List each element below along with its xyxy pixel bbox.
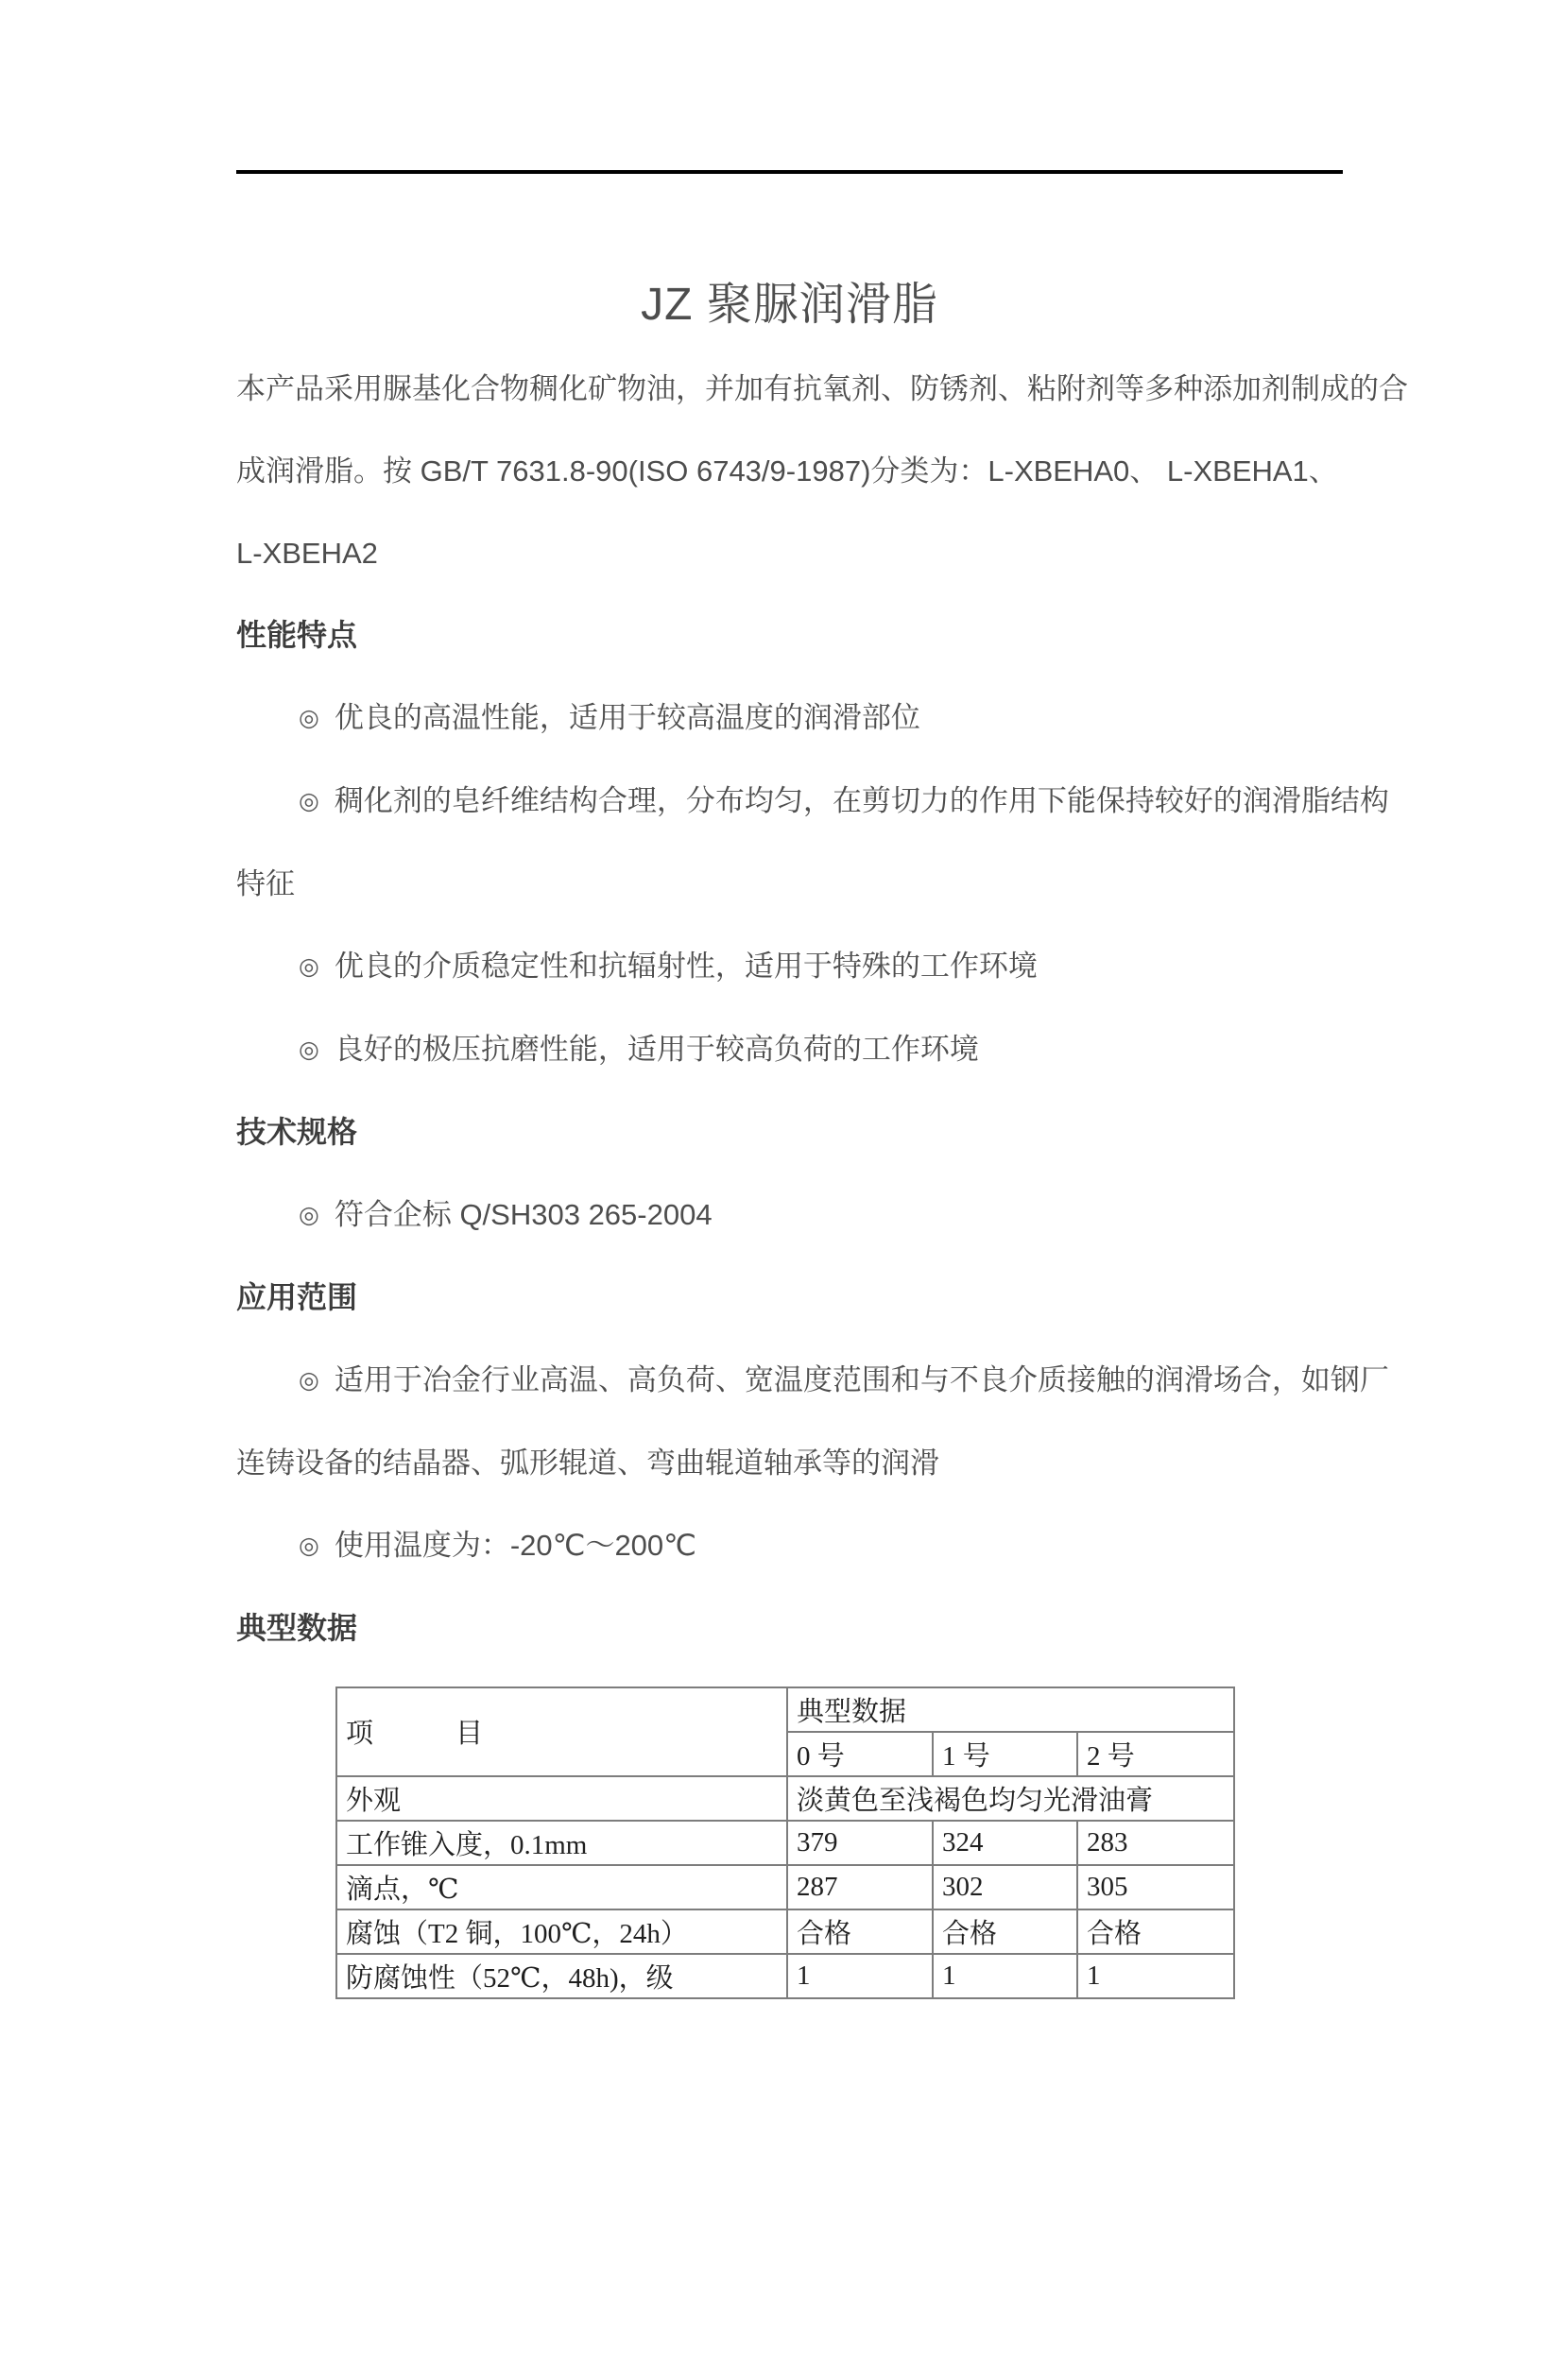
bullet-item: ◎适用于冶金行业高温、高负荷、宽温度范围和与不良介质接触的润滑场合，如钢厂 [236,1339,1343,1422]
bullet-text: 稠化剂的皂纤维结构合理，分布均匀，在剪切力的作用下能保持较好的润滑脂结构 [335,784,1389,817]
section-heading: 技术规格 [236,1091,1343,1173]
section-performance: 性能特点 ◎优良的高温性能，适用于较高温度的润滑部位 ◎稠化剂的皂纤维结构合理，… [236,594,1343,1091]
intro-line: 本产品采用脲基化合物稠化矿物油，并加有抗氧剂、防锈剂、粘附剂等多种添加剂制成的合 [236,348,1343,430]
bullet-item: ◎符合企标 Q/SH303 265-2004 [236,1173,1343,1257]
row-label: 外观 [336,1776,787,1821]
bullet-text: 优良的高温性能，适用于较高温度的润滑部位 [335,701,920,734]
row-value: 283 [1077,1821,1234,1865]
table-row: 滴点，℃ 287 302 305 [336,1865,1234,1909]
row-label: 滴点，℃ [336,1865,787,1909]
row-value: 合格 [787,1909,933,1954]
bullet-continuation: 特征 [236,843,1343,925]
bullet-item: ◎良好的极压抗磨性能，适用于较高负荷的工作环境 [236,1008,1343,1091]
bullet-icon: ◎ [299,1532,319,1559]
bullet-icon: ◎ [299,1036,319,1063]
intro-line: 成润滑脂。按 GB/T 7631.8-90(ISO 6743/9-1987)分类… [236,430,1343,512]
section-heading: 应用范围 [236,1257,1343,1339]
row-label: 防腐蚀性（52℃，48h)，级 [336,1954,787,1998]
row-value: 287 [787,1865,933,1909]
section-heading: 性能特点 [236,594,1343,676]
table-row: 腐蚀（T2 铜，100℃，24h） 合格 合格 合格 [336,1909,1234,1954]
section-typical-data: 典型数据 项 目 典型数据 0 号 1 号 2 号 外观 [236,1587,1343,1999]
table-header-row: 项 目 典型数据 [336,1687,1234,1732]
row-value: 1 [1077,1954,1234,1998]
row-value: 379 [787,1821,933,1865]
bullet-text: 优良的介质稳定性和抗辐射性，适用于特殊的工作环境 [335,950,1038,983]
bullet-text: 良好的极压抗磨性能，适用于较高负荷的工作环境 [335,1033,979,1066]
intro-line: L-XBEHA2 [236,512,1343,594]
bullet-text: 符合企标 Q/SH303 265-2004 [335,1198,713,1231]
row-label: 工作锥入度，0.1mm [336,1821,787,1865]
table-header-group: 典型数据 [787,1687,1234,1732]
bullet-text: 适用于冶金行业高温、高负荷、宽温度范围和与不良介质接触的润滑场合，如钢厂 [335,1363,1389,1396]
row-value: 1 [787,1954,933,1998]
table-row: 工作锥入度，0.1mm 379 324 283 [336,1821,1234,1865]
bullet-icon: ◎ [299,705,319,731]
section-applications: 应用范围 ◎适用于冶金行业高温、高负荷、宽温度范围和与不良介质接触的润滑场合，如… [236,1257,1343,1587]
bullet-continuation: 连铸设备的结晶器、弧形辊道、弯曲辊道轴承等的润滑 [236,1422,1343,1504]
row-label: 腐蚀（T2 铜，100℃，24h） [336,1909,787,1954]
bullet-item: ◎稠化剂的皂纤维结构合理，分布均匀，在剪切力的作用下能保持较好的润滑脂结构 [236,760,1343,843]
row-value: 1 [933,1954,1077,1998]
bullet-icon: ◎ [299,788,319,814]
table-grade-header: 0 号 [787,1732,933,1776]
section-specs: 技术规格 ◎符合企标 Q/SH303 265-2004 [236,1091,1343,1257]
table-header-item: 项 目 [336,1687,787,1776]
typical-data-table: 项 目 典型数据 0 号 1 号 2 号 外观 淡黄色至浅褐色均匀光滑油膏 工作… [335,1687,1235,1999]
intro-paragraph: 本产品采用脲基化合物稠化矿物油，并加有抗氧剂、防锈剂、粘附剂等多种添加剂制成的合… [236,348,1343,594]
row-value: 324 [933,1821,1077,1865]
section-heading: 典型数据 [236,1587,1343,1669]
bullet-icon: ◎ [299,953,319,980]
row-span-value: 淡黄色至浅褐色均匀光滑油膏 [787,1776,1234,1821]
table-row: 外观 淡黄色至浅褐色均匀光滑油膏 [336,1776,1234,1821]
row-value: 合格 [1077,1909,1234,1954]
bullet-text: 使用温度为：-20℃～200℃ [335,1529,696,1562]
page-title: JZ 聚脲润滑脂 [236,278,1343,333]
row-value: 合格 [933,1909,1077,1954]
bullet-item: ◎优良的介质稳定性和抗辐射性，适用于特殊的工作环境 [236,925,1343,1008]
row-value: 305 [1077,1865,1234,1909]
header-rule [236,170,1343,174]
bullet-icon: ◎ [299,1367,319,1394]
document-page: JZ 聚脲润滑脂 本产品采用脲基化合物稠化矿物油，并加有抗氧剂、防锈剂、粘附剂等… [0,170,1563,2113]
row-value: 302 [933,1865,1077,1909]
table-grade-header: 1 号 [933,1732,1077,1776]
bullet-icon: ◎ [299,1202,319,1228]
bullet-item: ◎优良的高温性能，适用于较高温度的润滑部位 [236,676,1343,760]
table-grade-header: 2 号 [1077,1732,1234,1776]
bullet-item: ◎使用温度为：-20℃～200℃ [236,1504,1343,1587]
table-row: 防腐蚀性（52℃，48h)，级 1 1 1 [336,1954,1234,1998]
